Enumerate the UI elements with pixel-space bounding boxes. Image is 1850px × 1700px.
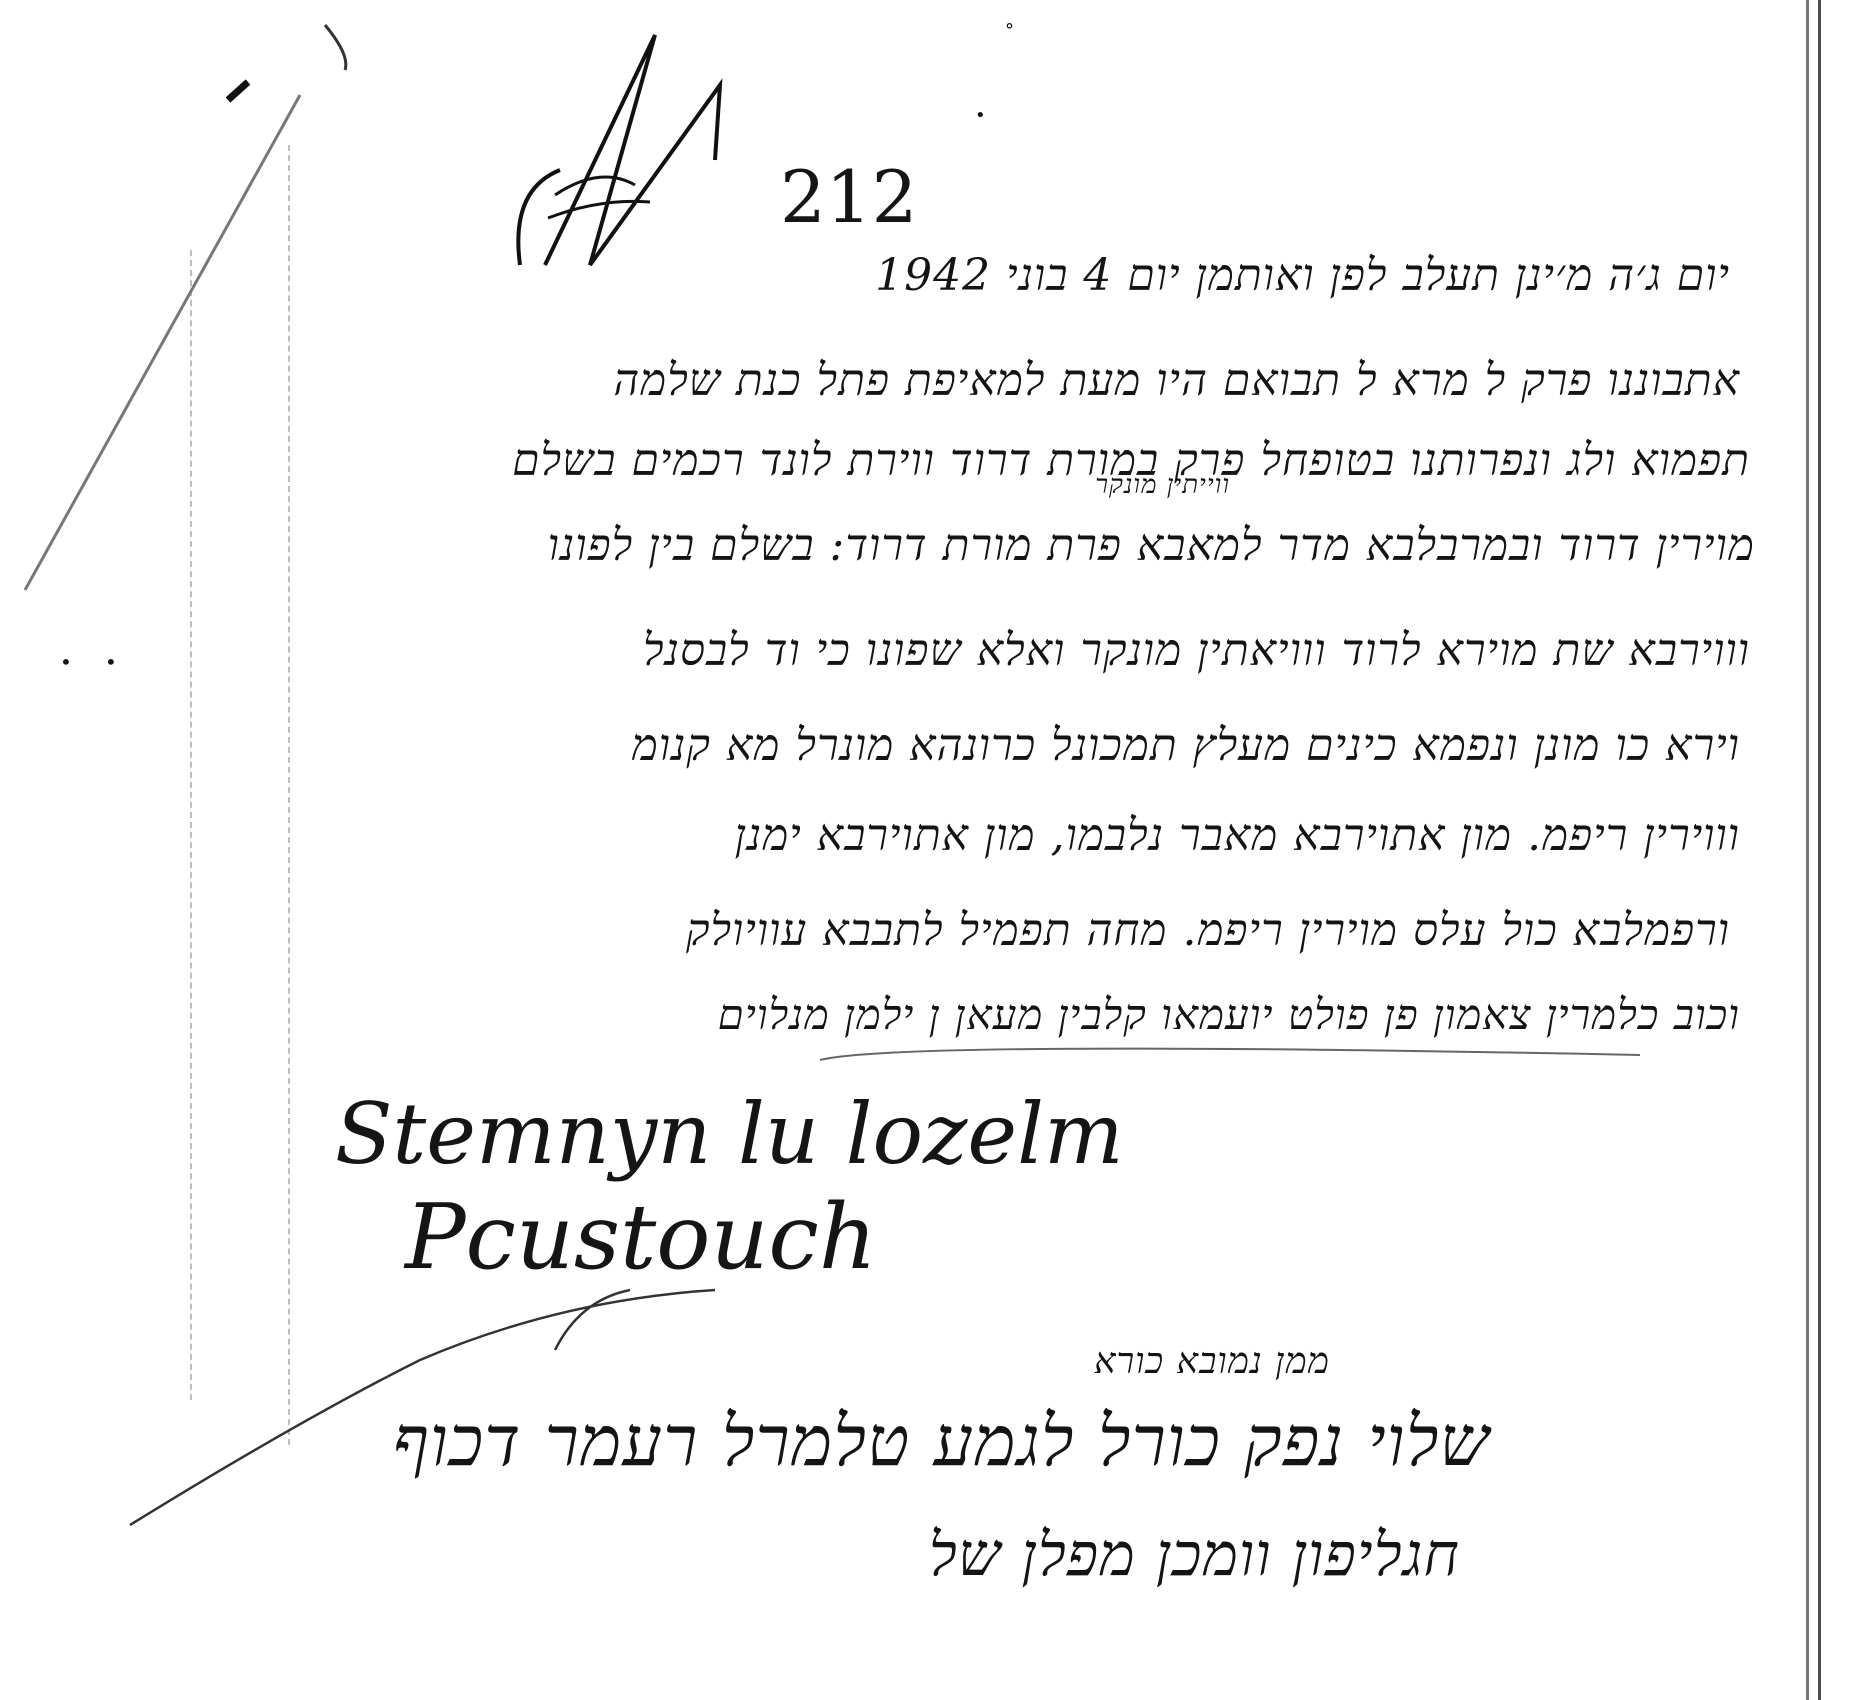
body-line-7: ורפמלבא כול עלס מוירין ריפמ. מחה תפמיל ל… [686, 905, 1730, 956]
body-line-1: אתבוננו פרק ל מרא ל תבואם היו מעת למאיפת… [613, 355, 1740, 406]
body-line-4: וווירבא שת מוירא לרוד ווויאתין מונקר ואל… [643, 625, 1750, 676]
signature-latin-2: Pcustouch [405, 1185, 877, 1290]
document-number: 212 [780, 155, 917, 239]
signature-hebrew-sub: חגליפון וומכן מפלן של [929, 1520, 1460, 1590]
interlinear-insertion: ווייתין מונקר [1095, 470, 1230, 500]
signature-latin-1: Stemnyn lu lozelm [335, 1085, 1124, 1183]
dot-mark: • [60, 650, 72, 674]
signature-note: ממן נמובא כורא [1094, 1340, 1330, 1382]
signature-hebrew-main: שלוי נפק כורל לגמע טלמרל רעמר דכוף [393, 1400, 1490, 1483]
body-line-8: וכוב כלמרין צאמון פן פולט יועמאו קלבין מ… [718, 990, 1740, 1040]
dot-mark: ° [1005, 20, 1014, 41]
body-line-6: וווירין ריפמ. מון אתוירבא מאבר נלבמו, מו… [735, 810, 1740, 861]
body-line-5: וירא כו מונן ונפמא כינים מעלץ תמכונל כרו… [632, 720, 1740, 771]
date-line: יום ג׳ה מ׳ינן תעלב לפן ואותמן יום 4 בוני… [875, 250, 1730, 301]
body-line-3: מוירין דרוד ובמרבלבא מדר למאבא פרת מורת … [548, 520, 1755, 571]
dot-mark: • [105, 650, 117, 674]
dot-mark: • [975, 105, 986, 126]
